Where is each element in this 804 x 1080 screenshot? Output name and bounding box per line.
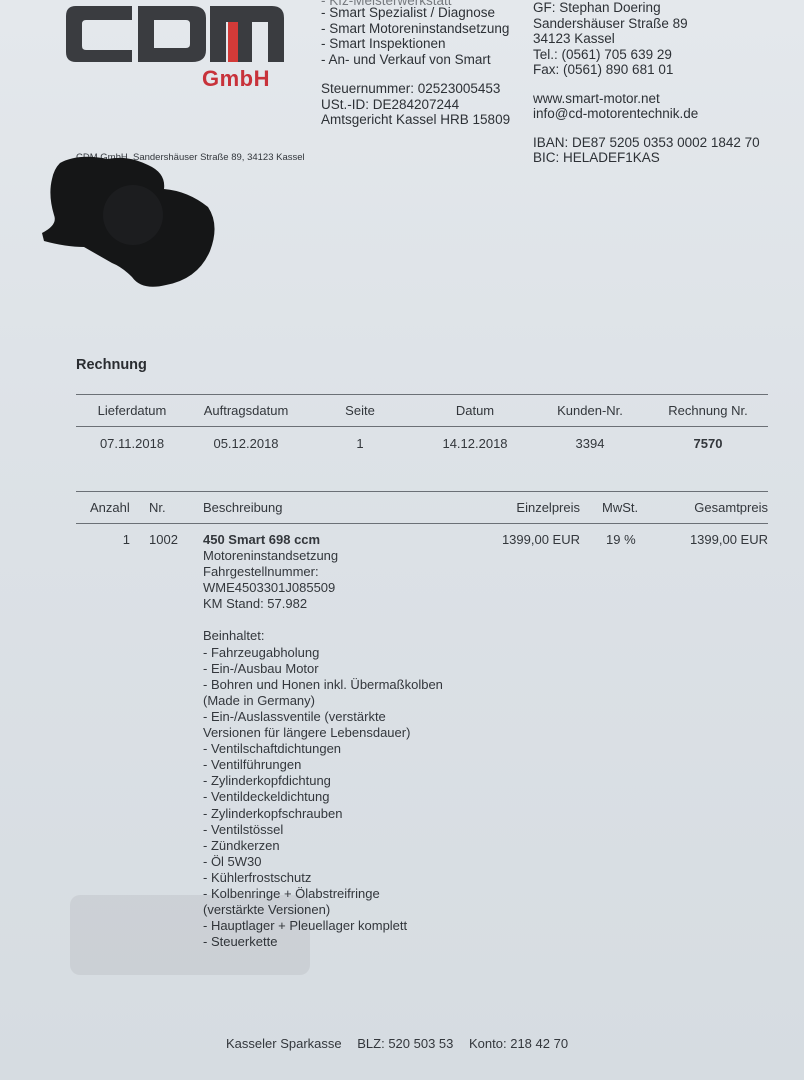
item-description: 450 Smart 698 ccm Motoreninstandsetzung … bbox=[203, 532, 443, 950]
invoice-title: Rechnung bbox=[76, 357, 147, 373]
include-item: (Made in Germany) bbox=[203, 693, 443, 709]
include-item: Versionen für längere Lebensdauer) bbox=[203, 725, 443, 741]
phone: Tel.: (0561) 705 639 29 bbox=[533, 47, 760, 63]
include-item: - Zylinderkopfdichtung bbox=[203, 773, 443, 789]
fax: Fax: (0561) 890 681 01 bbox=[533, 62, 760, 78]
service-item: - Smart Spezialist / Diagnose bbox=[321, 5, 510, 21]
header-order-date: Auftragsdatum bbox=[204, 403, 289, 418]
include-item: - Ein-/Auslassventile (verstärkte bbox=[203, 709, 443, 725]
bank-account: Konto: 218 42 70 bbox=[469, 1036, 568, 1051]
bank-footer: Kasseler Sparkasse BLZ: 520 503 53 Konto… bbox=[226, 1036, 580, 1051]
street: Sandershäuser Straße 89 bbox=[533, 16, 760, 32]
item-vat: 19 % bbox=[606, 532, 636, 547]
divider bbox=[76, 523, 768, 524]
managing-director: GF: Stephan Doering bbox=[533, 0, 760, 16]
bank-blz: BLZ: 520 503 53 bbox=[357, 1036, 453, 1051]
item-title: 450 Smart 698 ccm bbox=[203, 532, 443, 548]
service-item: - An- und Verkauf von Smart bbox=[321, 52, 510, 68]
divider bbox=[76, 394, 768, 395]
divider bbox=[76, 426, 768, 427]
include-item: - Ventilstössel bbox=[203, 822, 443, 838]
vat-id: USt.-ID: DE284207244 bbox=[321, 97, 510, 113]
col-header-vat: MwSt. bbox=[602, 500, 638, 515]
service-item: - Kfz-Meisterwerkstatt bbox=[321, 0, 510, 5]
include-item: - Zylinderkopfschrauben bbox=[203, 806, 443, 822]
company-contact: GF: Stephan Doering Sandershäuser Straße… bbox=[533, 0, 760, 166]
bank-name: Kasseler Sparkasse bbox=[226, 1036, 342, 1051]
include-item: - Kühlerfrostschutz bbox=[203, 870, 443, 886]
header-delivery-date: Lieferdatum bbox=[98, 403, 167, 418]
logo-gmbh: GmbH bbox=[202, 66, 270, 92]
service-item: - Smart Inspektionen bbox=[321, 36, 510, 52]
court-registry: Amtsgericht Kassel HRB 15809 bbox=[321, 112, 510, 128]
include-item: - Ein-/Ausbau Motor bbox=[203, 661, 443, 677]
vin: WME4503301J085509 bbox=[203, 580, 443, 596]
col-header-description: Beschreibung bbox=[203, 500, 283, 515]
page-number: 1 bbox=[356, 436, 363, 451]
redacted-recipient-address bbox=[38, 155, 218, 290]
tax-number: Steuernummer: 02523005453 bbox=[321, 81, 510, 97]
col-header-nr: Nr. bbox=[149, 500, 166, 515]
company-logo: GmbH bbox=[64, 2, 286, 92]
header-page: Seite bbox=[345, 403, 375, 418]
email-link[interactable]: info@cd-motorentechnik.de bbox=[533, 106, 760, 122]
divider bbox=[76, 491, 768, 492]
col-header-total: Gesamtpreis bbox=[694, 500, 768, 515]
invoice-date: 14.12.2018 bbox=[442, 436, 507, 451]
bic: BIC: HELADEF1KAS bbox=[533, 150, 760, 166]
include-item: - Ventilführungen bbox=[203, 757, 443, 773]
include-item: - Ventilschaftdichtungen bbox=[203, 741, 443, 757]
detail-line: Motoreninstandsetzung bbox=[203, 548, 443, 564]
header-date: Datum bbox=[456, 403, 494, 418]
invoice-number: 7570 bbox=[694, 436, 723, 451]
detail-line: Fahrgestellnummer: bbox=[203, 564, 443, 580]
service-item: - Smart Motoreninstandsetzung bbox=[321, 21, 510, 37]
cdm-logo-icon bbox=[64, 2, 286, 66]
col-header-qty: Anzahl bbox=[90, 500, 130, 515]
website-link[interactable]: www.smart-motor.net bbox=[533, 91, 760, 107]
item-nr: 1002 bbox=[149, 532, 178, 547]
company-services: - Kfz-Meisterwerkstatt - Smart Spezialis… bbox=[321, 0, 510, 128]
logo-watermark bbox=[70, 895, 310, 975]
item-unit-price: 1399,00 EUR bbox=[502, 532, 580, 547]
include-item: - Bohren und Honen inkl. Übermaßkolben bbox=[203, 677, 443, 693]
col-header-unit-price: Einzelpreis bbox=[516, 500, 580, 515]
include-item: - Zündkerzen bbox=[203, 838, 443, 854]
city: 34123 Kassel bbox=[533, 31, 760, 47]
include-item: - Fahrzeugabholung bbox=[203, 645, 443, 661]
include-item: - Öl 5W30 bbox=[203, 854, 443, 870]
item-qty: 1 bbox=[123, 532, 130, 547]
header-customer-nr: Kunden-Nr. bbox=[557, 403, 623, 418]
includes-label: Beinhaltet: bbox=[203, 628, 443, 644]
order-date: 05.12.2018 bbox=[213, 436, 278, 451]
header-invoice-nr: Rechnung Nr. bbox=[668, 403, 748, 418]
delivery-date: 07.11.2018 bbox=[100, 436, 164, 451]
iban: IBAN: DE87 5205 0353 0002 1842 70 bbox=[533, 135, 760, 151]
item-total: 1399,00 EUR bbox=[690, 532, 768, 547]
include-item: - Ventildeckeldichtung bbox=[203, 789, 443, 805]
mileage: KM Stand: 57.982 bbox=[203, 596, 443, 612]
customer-number: 3394 bbox=[576, 436, 605, 451]
